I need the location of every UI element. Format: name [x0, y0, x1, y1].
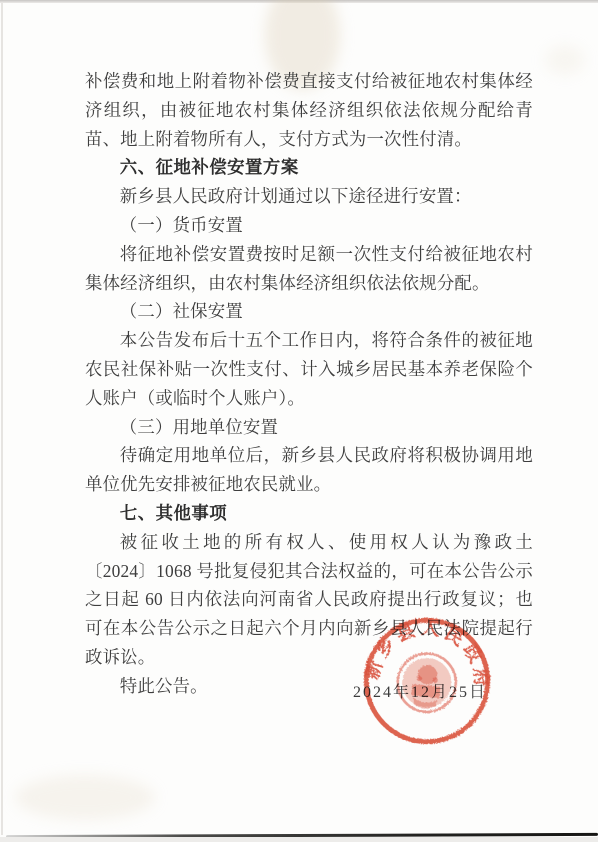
paragraph-resettlement-intro: 新乡县人民政府计划通过以下途径进行安置：	[85, 182, 533, 211]
paragraph-monetary-detail: 将征地补偿安置费按时足额一次性支付给被征地农村集体经济组织，由农村集体经济组织依…	[85, 240, 533, 298]
official-seal: 新乡县人民政府	[354, 608, 499, 753]
paragraph-social-security-detail: 本公告发布后十五个工作日内，将符合条件的被征地农民社保补贴一次性支付、计入城乡居…	[85, 326, 533, 412]
paragraph-compensation-payment: 补偿费和地上附着物补偿费直接支付给被征地农村集体经济组织，由被征地农村集体经济组…	[85, 67, 533, 153]
paper-smudge	[15, 775, 155, 820]
sub-heading-social-security: （二）社保安置	[85, 297, 533, 326]
sub-heading-monetary: （一）货币安置	[85, 211, 533, 240]
paragraph-employer-detail: 待确定用地单位后，新乡县人民政府将积极协调用地单位优先安排被征地农民就业。	[85, 441, 533, 499]
scan-edge-bottom-strip	[0, 837, 598, 842]
paper-smudge	[545, 45, 585, 75]
official-seal-graphic: 新乡县人民政府	[354, 608, 499, 753]
section-heading-6: 六、征地补偿安置方案	[85, 153, 533, 182]
scan-edge-top	[0, 0, 598, 3]
section-heading-7: 七、其他事项	[85, 499, 533, 528]
sub-heading-employer: （三）用地单位安置	[85, 413, 533, 442]
national-emblem-icon	[395, 651, 459, 715]
scanned-notice-page: { "colors": { "page_background": "#fdfdf…	[0, 0, 598, 842]
document-body: 补偿费和地上附着物补偿费直接支付给被征地农村集体经济组织，由被征地农村集体经济组…	[85, 67, 533, 701]
scan-edge-left	[1, 3, 3, 835]
